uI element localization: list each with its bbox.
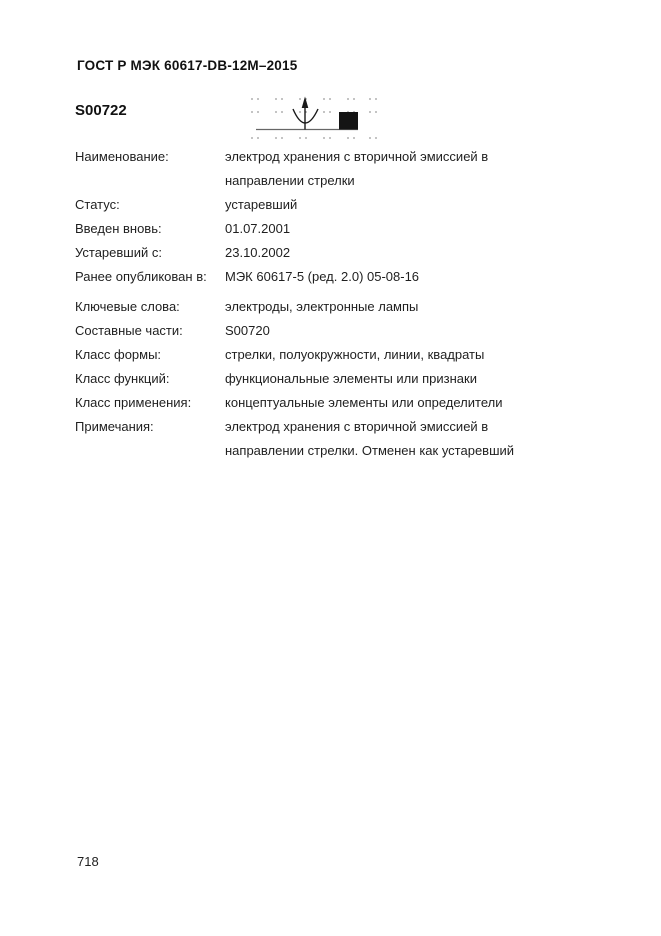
page-number: 718 <box>77 850 99 874</box>
field-value: стрелки, полуокружности, линии, квадраты <box>225 343 565 367</box>
field-value: 01.07.2001 <box>225 217 565 241</box>
field-value: электроды, электронные лампы <box>225 295 565 319</box>
field-label: Составные части: <box>75 319 225 343</box>
field-row: Наименование:электрод хранения с вторичн… <box>75 145 595 193</box>
symbol-preview-image <box>251 94 377 144</box>
document-title: ГОСТ Р МЭК 60617-DB-12M–2015 <box>77 54 297 78</box>
field-row: Составные части:S00720 <box>75 319 595 343</box>
filled-square <box>339 112 358 130</box>
field-label: Ранее опубликован в: <box>75 265 225 289</box>
field-label: Класс формы: <box>75 343 225 367</box>
dot-grid-icon <box>251 98 377 139</box>
field-label: Статус: <box>75 193 225 217</box>
symbol-id: S00722 <box>75 99 127 123</box>
field-row: Ключевые слова:электроды, электронные ла… <box>75 295 595 319</box>
field-label: Введен вновь: <box>75 217 225 241</box>
document-page: ГОСТ Р МЭК 60617-DB-12M–2015 S00722 Наим… <box>0 0 661 936</box>
fields-block-secondary: Ключевые слова:электроды, электронные ла… <box>75 295 595 463</box>
field-value: 23.10.2002 <box>225 241 565 265</box>
field-row: Класс функций:функциональные элементы ил… <box>75 367 595 391</box>
field-label: Примечания: <box>75 415 225 439</box>
field-label: Наименование: <box>75 145 225 169</box>
field-row: Примечания:электрод хранения с вторичной… <box>75 415 595 463</box>
field-row: Ранее опубликован в:МЭК 60617-5 (ред. 2.… <box>75 265 595 289</box>
fields-block-primary: Наименование:электрод хранения с вторичн… <box>75 145 595 289</box>
field-label: Ключевые слова: <box>75 295 225 319</box>
field-value: функциональные элементы или признаки <box>225 367 565 391</box>
field-row: Класс применения:концептуальные элементы… <box>75 391 595 415</box>
field-label: Устаревший с: <box>75 241 225 265</box>
field-value: электрод хранения с вторичной эмиссией в… <box>225 415 565 463</box>
field-value: концептуальные элементы или определители <box>225 391 565 415</box>
field-value: электрод хранения с вторичной эмиссией в… <box>225 145 565 193</box>
field-value: устаревший <box>225 193 565 217</box>
field-row: Введен вновь:01.07.2001 <box>75 217 595 241</box>
field-row: Класс формы:стрелки, полуокружности, лин… <box>75 343 595 367</box>
field-label: Класс функций: <box>75 367 225 391</box>
field-row: Устаревший с:23.10.2002 <box>75 241 595 265</box>
field-value: МЭК 60617-5 (ред. 2.0) 05-08-16 <box>225 265 565 289</box>
field-row: Статус:устаревший <box>75 193 595 217</box>
field-value: S00720 <box>225 319 565 343</box>
arrow-up-icon <box>302 97 309 109</box>
field-label: Класс применения: <box>75 391 225 415</box>
